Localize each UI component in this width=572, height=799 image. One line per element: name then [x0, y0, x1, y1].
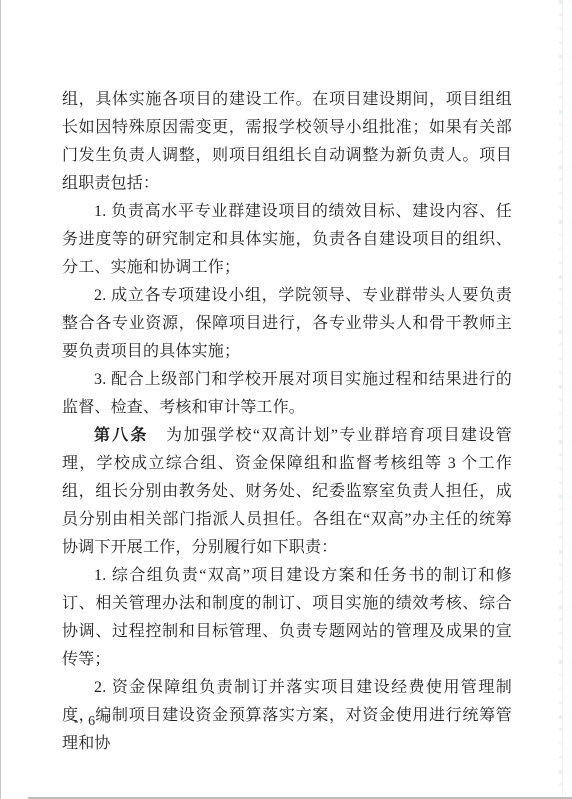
- page-number: - 6 -: [74, 714, 112, 730]
- paragraph-text: 组，具体实施各项目的建设工作。在项目建设期间，项目组组长如因特殊原因需变更，需报…: [62, 91, 512, 192]
- article-number: 第八条: [94, 427, 149, 444]
- paragraph: 1. 负责高水平专业群建设项目的绩效目标、建设内容、任务进度等的研究制定和具体实…: [62, 198, 512, 282]
- paragraph: 组，具体实施各项目的建设工作。在项目建设期间，项目组组长如因特殊原因需变更，需报…: [62, 86, 512, 198]
- paragraph: 2. 资金保障组负责制订并落实项目建设经费使用管理制度，编制项目建设资金预算落实…: [62, 674, 512, 758]
- scan-edge-right-line: [562, 0, 563, 799]
- document-body: 组，具体实施各项目的建设工作。在项目建设期间，项目组组长如因特殊原因需变更，需报…: [62, 86, 512, 758]
- paragraph-text: 3. 配合上级部门和学校开展对项目实施过程和结果进行的监督、检查、考核和审计等工…: [62, 371, 512, 416]
- paragraph-text: 1. 负责高水平专业群建设项目的绩效目标、建设内容、任务进度等的研究制定和具体实…: [62, 203, 512, 276]
- paragraph: 3. 配合上级部门和学校开展对项目实施过程和结果进行的监督、检查、考核和审计等工…: [62, 366, 512, 422]
- paragraph: 2. 成立各专项建设小组，学院领导、专业群带头人要负责整合各专业资源，保障项目进…: [62, 282, 512, 366]
- paragraph-text: 为加强学校“双高计划”专业群培育项目建设管理，学校成立综合组、资金保障组和监督考…: [62, 427, 512, 556]
- paragraph: 1. 综合组负责“双高”项目建设方案和任务书的制订和修订、相关管理办法和制度的制…: [62, 562, 512, 674]
- paragraph-text: 2. 成立各专项建设小组，学院领导、专业群带头人要负责整合各专业资源，保障项目进…: [62, 287, 512, 360]
- document-page: 组，具体实施各项目的建设工作。在项目建设期间，项目组组长如因特殊原因需变更，需报…: [0, 0, 572, 799]
- paragraph: 第八条 为加强学校“双高计划”专业群培育项目建设管理，学校成立综合组、资金保障组…: [62, 422, 512, 562]
- paragraph-text: 2. 资金保障组负责制订并落实项目建设经费使用管理制度，编制项目建设资金预算落实…: [62, 679, 512, 752]
- scan-edge-left: [0, 0, 1, 799]
- paragraph-text: 1. 综合组负责“双高”项目建设方案和任务书的制订和修订、相关管理办法和制度的制…: [62, 567, 512, 668]
